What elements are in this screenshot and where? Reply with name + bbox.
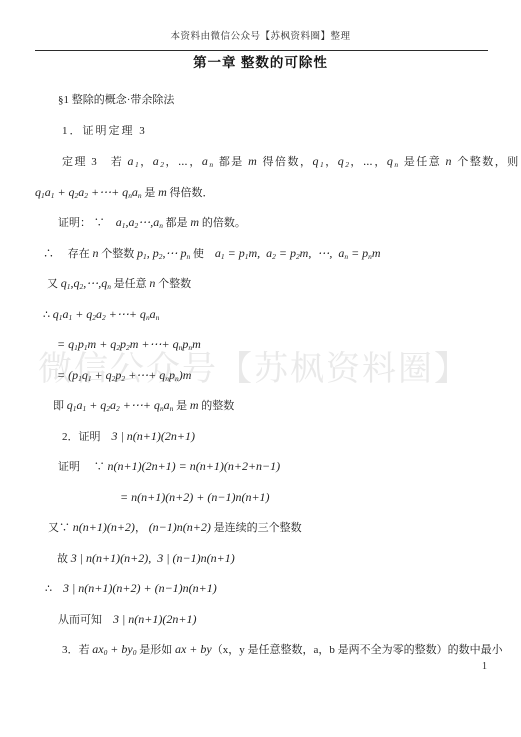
doc-line: 又 q1,q2,⋯,qn 是任意 n 个整数 [35, 268, 488, 299]
text-segment: ， [325, 156, 338, 168]
math-segment: 3 | n(n+1)(2n+1) [112, 429, 195, 443]
math-segment: m [190, 215, 199, 229]
doc-line: 定理 3 若 a1，a2，⋯，an 都是 m 得倍数，q1，q2，⋯，qn 是任… [35, 146, 488, 177]
header-rule [35, 50, 488, 51]
text-segment: 1．证明定理 3 [62, 125, 147, 137]
text-segment: 是 [173, 400, 190, 412]
text-segment: 的倍数。 [199, 217, 246, 229]
text-segment: ，⋯， [165, 156, 201, 168]
text-segment: ∴ [43, 309, 53, 321]
math-segment: m [248, 154, 258, 168]
text-segment: 都是 [163, 217, 191, 229]
math-segment: q1,q2,⋯,qn [61, 276, 111, 290]
text-segment: 是 [142, 187, 159, 199]
text-segment: 都是 [215, 156, 249, 168]
doc-line: 2．证明 3 | n(n+1)(2n+1) [35, 421, 488, 452]
text-segment: 得倍数， [258, 156, 312, 168]
math-segment: q2 [338, 154, 351, 168]
math-segment: n(n+1)(n+2) [73, 520, 135, 534]
text-segment: 又∵ [48, 522, 73, 534]
math-segment: q1 [312, 154, 325, 168]
text-segment: 使 [190, 248, 215, 260]
math-segment: 3 | n(n+1)(n+2), 3 | (n−1)n(n+1) [71, 551, 235, 565]
doc-line: ∴ 存在 n 个整数 p1, p2,⋯ pn 使 a1 = p1m, a2 = … [35, 238, 488, 269]
math-segment: n [446, 154, 454, 168]
page-number: 1 [482, 661, 487, 672]
text-segment: 是任意 [400, 156, 446, 168]
doc-line: q1a1 + q2a2 +⋯+ qnan 是 m 得倍数． [35, 177, 488, 208]
text-segment: ， [135, 522, 149, 534]
doc-line: ∴ 3 | n(n+1)(n+2) + (n−1)n(n+1) [35, 573, 488, 604]
document-page: 本资料由微信公众号【苏枫资料圈】整理 第一章 整数的可除性 微信公众号【苏枫资料… [0, 0, 521, 737]
text-segment: 又 [47, 278, 61, 290]
text-segment: 从而可知 [58, 614, 113, 626]
math-segment: (n−1)n(n+2) [149, 520, 211, 534]
math-segment: qn [387, 154, 400, 168]
math-segment: q1a1 + q2a2 +⋯+ qnan [53, 307, 160, 321]
doc-line: 故 3 | n(n+1)(n+2), 3 | (n−1)n(n+1) [35, 543, 488, 574]
math-segment: = (p1q1 + q2p2 +⋯+ qnpn)m [57, 368, 191, 382]
math-segment: an [202, 154, 215, 168]
text-segment: ∴ [45, 583, 63, 595]
text-segment: 个整数 [155, 278, 191, 290]
doc-line: = (p1q1 + q2p2 +⋯+ qnpn)m [35, 360, 488, 391]
math-segment: 3 | n(n+1)(2n+1) [113, 612, 196, 626]
math-segment: q1a1 + q2a2 +⋯+ qnan [67, 398, 174, 412]
math-segment: m [158, 185, 167, 199]
math-segment: 3 | n(n+1)(n+2) + (n−1)n(n+1) [63, 581, 217, 595]
text-segment: 是形如 [136, 644, 175, 656]
text-segment: ∴ 存在 [43, 248, 93, 260]
text-segment: 是连续的三个整数 [211, 522, 302, 534]
math-segment: = q1p1m + q2p2m +⋯+ qnpnm [57, 337, 201, 351]
page-title: 第一章 整数的可除性 [0, 53, 521, 73]
math-segment: n(n+1)(2n+1) = n(n+1)(n+2+n−1) [108, 459, 281, 473]
text-segment: 故 [57, 553, 71, 565]
doc-line: 即 q1a1 + q2a2 +⋯+ qnan 是 m 的整数 [35, 390, 488, 421]
doc-line: ∴ q1a1 + q2a2 +⋯+ qnan [35, 299, 488, 330]
doc-line: 1．证明定理 3 [35, 116, 488, 147]
text-segment: ，⋯， [350, 156, 386, 168]
text-segment: 证明 ∵ [58, 461, 108, 473]
header-note: 本资料由微信公众号【苏枫资料圈】整理 [0, 0, 521, 44]
doc-line: = n(n+1)(n+2) + (n−1)n(n+1) [35, 482, 488, 513]
math-segment: q1a1 + q2a2 +⋯+ qnan [35, 185, 142, 199]
math-segment: a1,a2⋯,an [116, 215, 163, 229]
doc-line: 3．若 ax0 + by0 是形如 ax + by（x，y 是任意整数，a，b … [35, 634, 488, 665]
doc-line: §1 整除的概念·带余除法 [35, 85, 488, 116]
text-segment: 个整数，则 [453, 156, 520, 168]
math-segment: a1 [128, 154, 141, 168]
doc-line: 证明 ∵ n(n+1)(2n+1) = n(n+1)(n+2+n−1) [35, 451, 488, 482]
text-segment: 定理 3 若 [62, 156, 128, 168]
text-segment: （x，y 是任意整数，a，b 是两不全为零的整数）的数中最小 [212, 644, 503, 656]
document-body: §1 整除的概念·带余除法1．证明定理 3定理 3 若 a1，a2，⋯，an 都… [0, 85, 521, 665]
text-segment: ， [140, 156, 153, 168]
text-segment: 的整数 [199, 400, 235, 412]
math-segment: a2 [153, 154, 166, 168]
math-segment: m [190, 398, 199, 412]
text-segment: 证明： ∵ [58, 217, 116, 229]
math-segment: ax + by [175, 642, 212, 656]
text-segment: 3．若 [62, 644, 92, 656]
doc-line: 又∵ n(n+1)(n+2)， (n−1)n(n+2) 是连续的三个整数 [35, 512, 488, 543]
text-segment: §1 整除的概念·带余除法 [58, 94, 174, 106]
math-segment: p1, p2,⋯ pn [137, 246, 190, 260]
text-segment: 是任意 [111, 278, 150, 290]
doc-line: 证明： ∵ a1,a2⋯,an 都是 m 的倍数。 [35, 207, 488, 238]
math-segment: = n(n+1)(n+2) + (n−1)n(n+1) [120, 490, 270, 504]
text-segment: 个整数 [99, 248, 138, 260]
text-segment: 得倍数． [167, 187, 214, 199]
math-segment: ax0 + by0 [92, 642, 136, 656]
doc-line: = q1p1m + q2p2m +⋯+ qnpnm [35, 329, 488, 360]
math-segment: a1 = p1m, a2 = p2m, ⋯, an = pnm [215, 246, 381, 260]
text-segment: 2．证明 [62, 431, 112, 443]
doc-line: 从而可知 3 | n(n+1)(2n+1) [35, 604, 488, 635]
text-segment: 即 [53, 400, 67, 412]
